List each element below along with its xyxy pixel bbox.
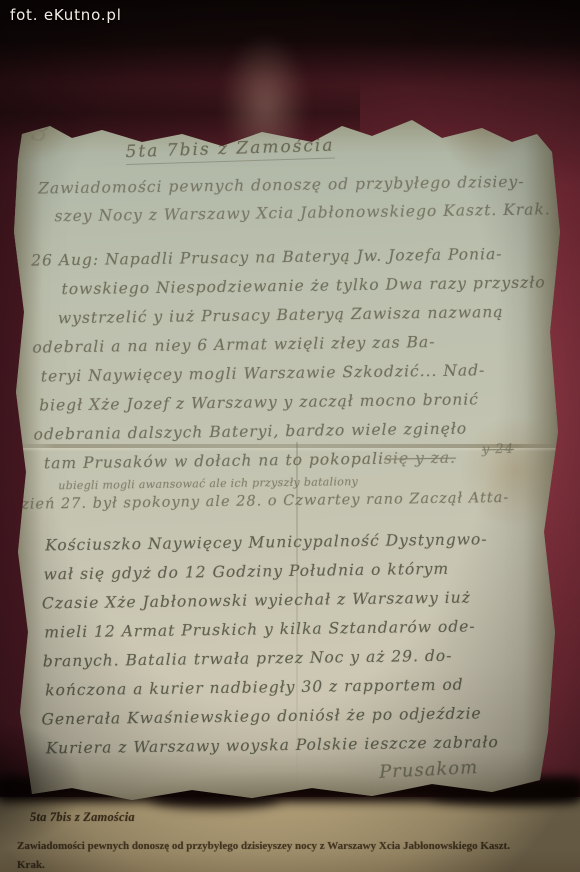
- crossed-out-text: się y za.: [384, 449, 456, 468]
- plaque-caption-line: Zawiadomości pewnych donoszę od przybyłe…: [17, 840, 510, 852]
- manuscript-paragraph: Kościuszko Naywięcey Municypalność Dysty…: [35, 524, 550, 763]
- handwritten-text: 5ta 7bis z Zamościa Zawiadomości pewnych…: [29, 134, 550, 790]
- plaque-caption-continuation: Krak.: [17, 859, 45, 871]
- caption-plaque: 5ta 7bis z Zamościa Zawiadomości pewnych…: [0, 797, 580, 872]
- manuscript-line-text: tam Prusaków w dołach na to pokopali: [44, 450, 384, 473]
- manuscript-paper: 3 5ta 7bis z Zamościa Zawiadomości pewny…: [12, 112, 560, 804]
- manuscript-line: szey Nocy z Warszawy Xcia Jabłonowskiego…: [30, 195, 542, 230]
- manuscript-paragraph: Zawiadomości pewnych donoszę od przybyłe…: [30, 167, 543, 230]
- manuscript-paragraph: 26 Aug: Napadli Prusacy na Bateryą Jw. J…: [31, 239, 547, 516]
- plaque-heading: 5ta 7bis z Zamościa: [30, 810, 135, 825]
- museum-photo: 5ta 7bis z Zamościa Zawiadomości pewnych…: [0, 0, 580, 872]
- crossed-out-note: y 24: [482, 435, 514, 464]
- photographer-watermark: fot. eKutno.pl: [10, 6, 122, 24]
